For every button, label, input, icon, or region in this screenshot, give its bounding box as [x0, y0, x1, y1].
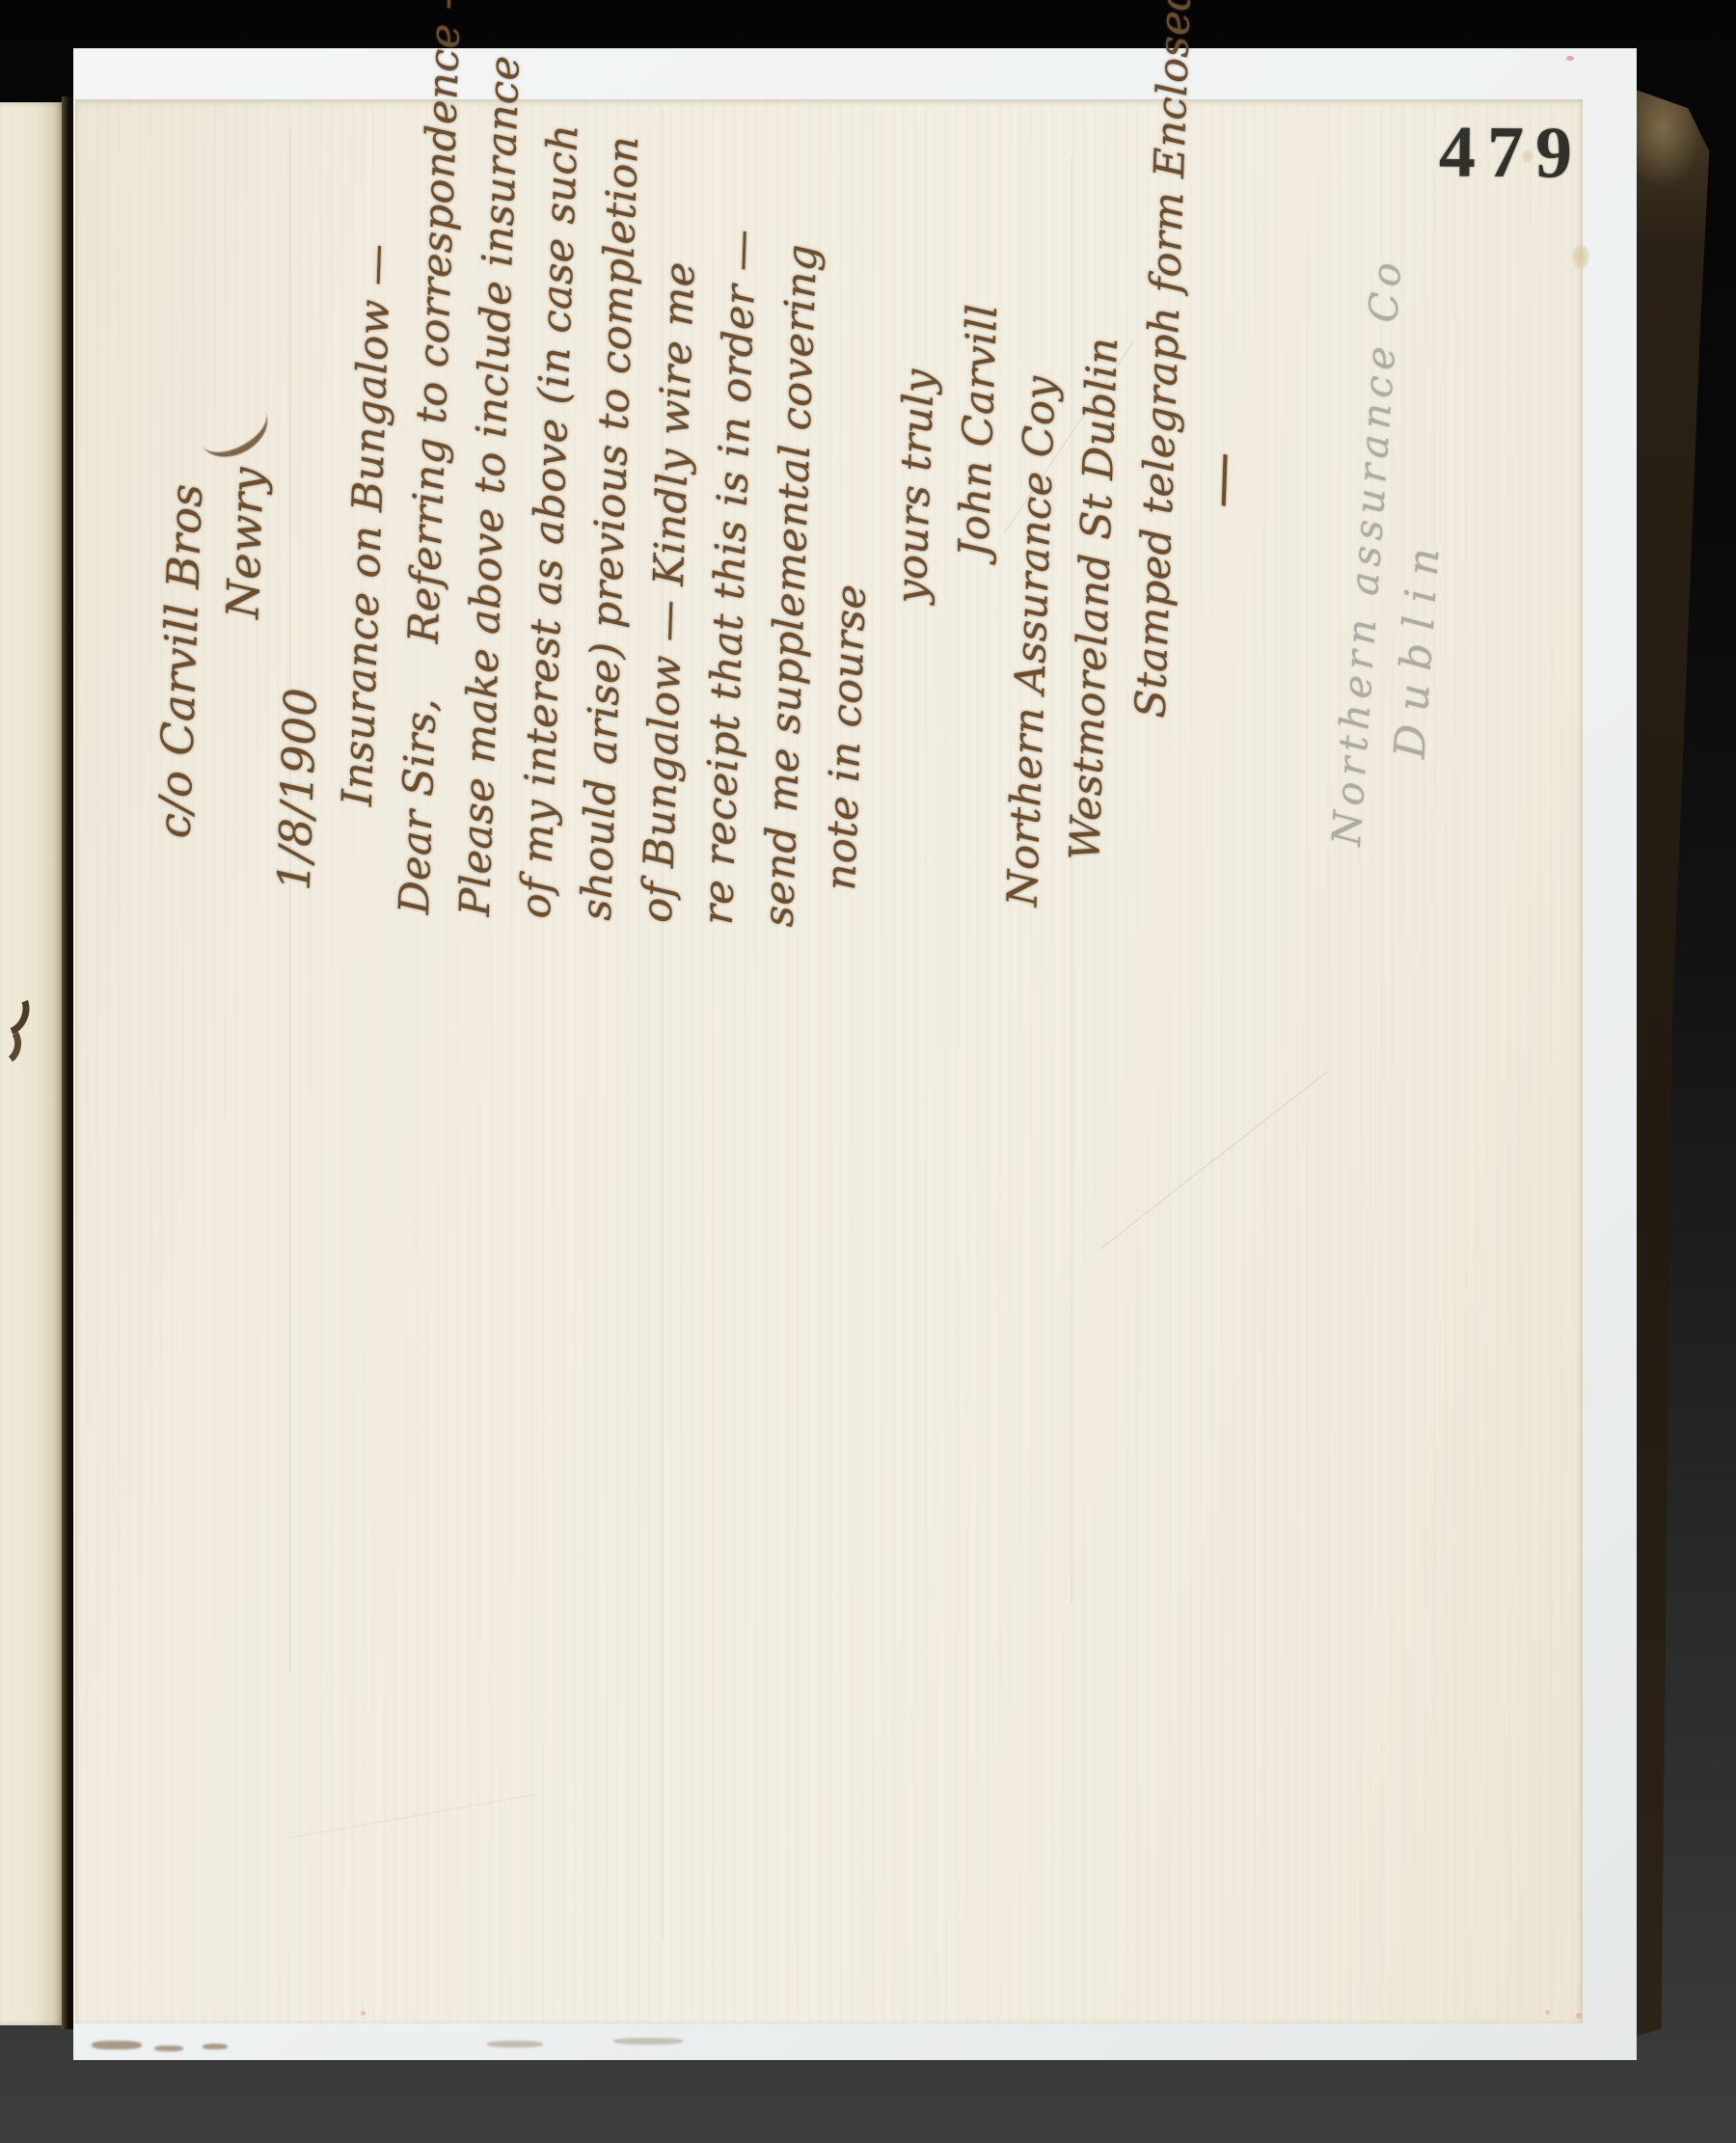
ink-smudge — [613, 2038, 683, 2045]
ink-smudge — [154, 2046, 183, 2051]
letter-page: 479 c/o Carvill Bros Newry 1/8/1900 Insu… — [75, 99, 1583, 2023]
stain-speck — [1572, 244, 1589, 269]
previous-page-edge — [0, 102, 64, 2025]
stain-speck — [1522, 149, 1533, 163]
page-crease — [1099, 1071, 1328, 1249]
book-cover-edge — [1624, 89, 1713, 2045]
ink-smudge — [487, 2041, 543, 2048]
pink-speck — [1576, 2013, 1582, 2019]
archival-photo-background: 479 c/o Carvill Bros Newry 1/8/1900 Insu… — [0, 0, 1736, 2143]
page-number-stamp: 479 — [1439, 110, 1585, 195]
pink-speck — [1545, 2010, 1550, 2015]
handwritten-letter-text: c/o Carvill Bros Newry 1/8/1900 Insuranc… — [143, 107, 1263, 943]
ink-smudge — [92, 2041, 142, 2049]
ink-smudge — [203, 2044, 228, 2049]
pink-speck — [1566, 56, 1574, 61]
letter-line: — — [1190, 143, 1263, 509]
page-crease — [289, 1794, 536, 1838]
pencil-annotation: Northern assurance Co Dublin — [1319, 248, 1477, 853]
pink-speck — [361, 2011, 366, 2016]
